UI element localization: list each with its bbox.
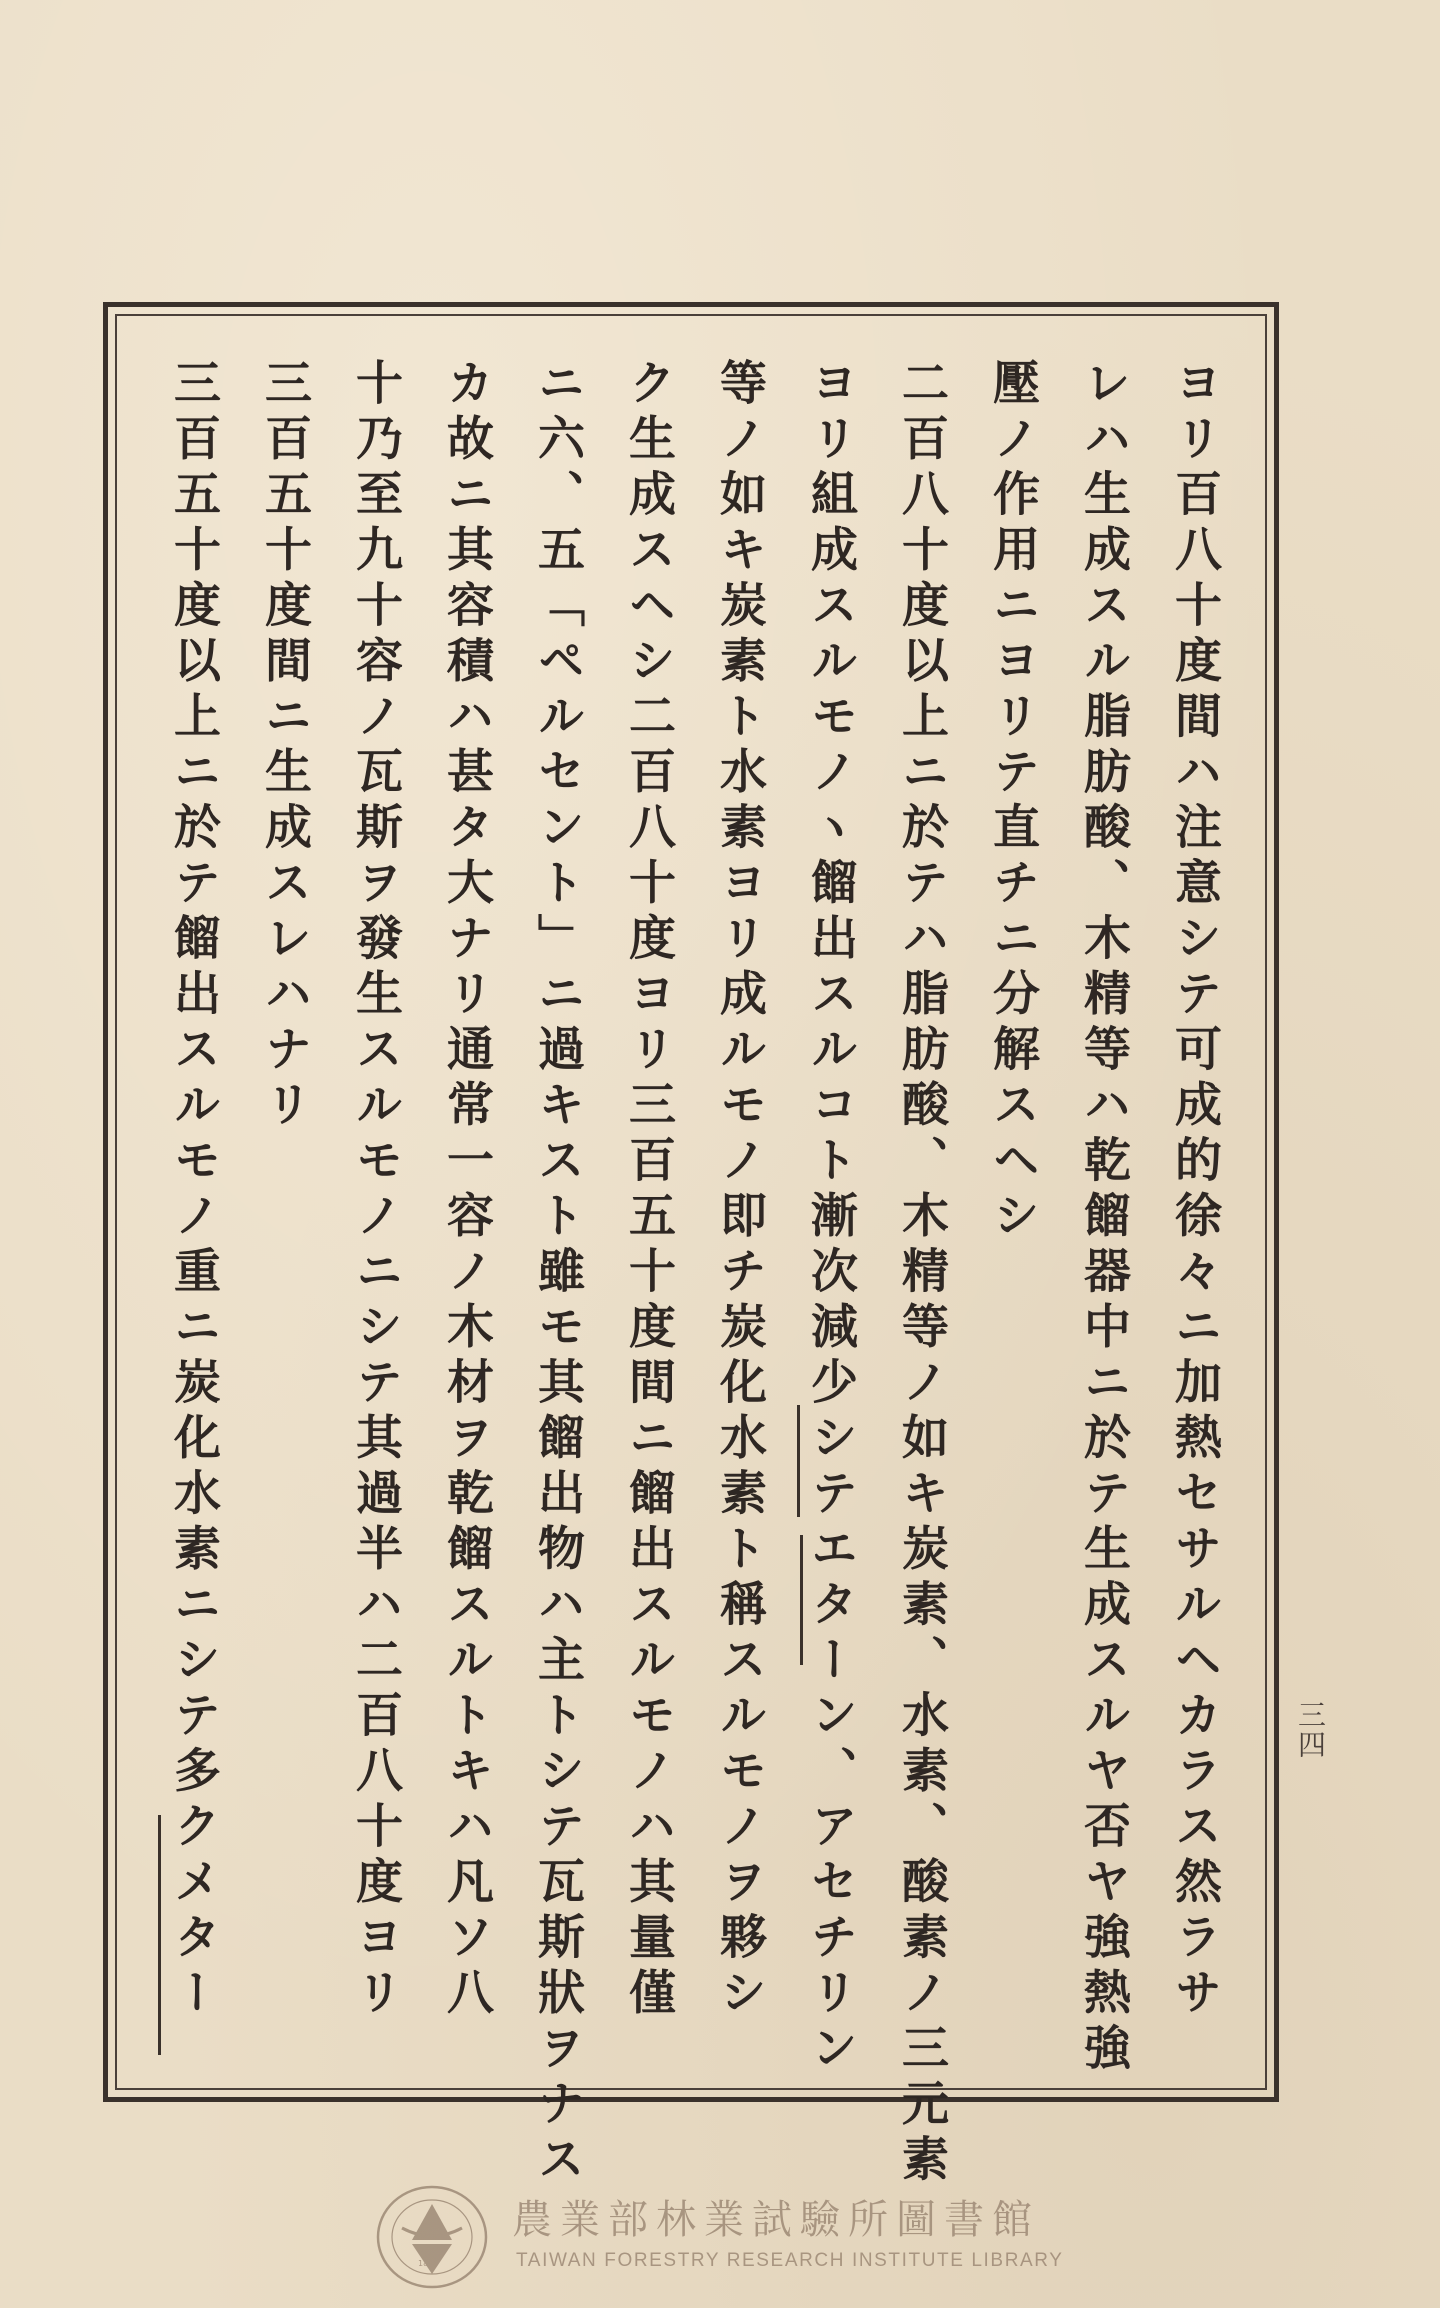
library-name-chinese: 農業部林業試驗所圖書館 <box>512 2188 1040 2245</box>
text-column-3: 壓ノ作用ニヨリテ直チニ分解スヘシ <box>967 358 1058 2058</box>
library-watermark: 1896 農業部林業試驗所圖書館 TAIWAN FORESTRY RESEARC… <box>372 2182 1092 2292</box>
text-column-8: ニ六、五「ペルセント」ニ過キスト雖モ其餾出物ハ主トシテ瓦斯狀ヲナス <box>512 358 603 2058</box>
vertical-text-body: ヨリ百八十度間ハ注意シテ可成的徐々ニ加熱セサルヘカラス然ラサ レハ生成スル脂肪酸… <box>150 358 1240 2058</box>
library-name-english: TAIWAN FORESTRY RESEARCH INSTITUTE LIBRA… <box>516 2250 1064 2272</box>
svg-text:1896: 1896 <box>418 2259 438 2268</box>
text-column-10: 十乃至九十容ノ瓦斯ヲ發生スルモノニシテ其過半ハ二百八十度ヨリ <box>330 358 421 2058</box>
document-page: ヨリ百八十度間ハ注意シテ可成的徐々ニ加熱セサルヘカラス然ラサ レハ生成スル脂肪酸… <box>0 0 1440 2308</box>
library-seal-logo-icon: 1896 <box>372 2182 492 2292</box>
text-column-1: ヨリ百八十度間ハ注意シテ可成的徐々ニ加熱セサルヘカラス然ラサ <box>1149 358 1240 2058</box>
text-column-9: カ故ニ其容積ハ甚タ大ナリ通常一容ノ木材ヲ乾餾スルトキハ凡ソ八 <box>421 358 512 2058</box>
sideline-etan <box>797 1405 800 1517</box>
text-column-2: レハ生成スル脂肪酸、木精等ハ乾餾器中ニ於テ生成スルヤ否ヤ強熱強 <box>1058 358 1149 2058</box>
text-column-4: 二百八十度以上ニ於テハ脂肪酸、木精等ノ如キ炭素、水素、酸素ノ三元素 <box>876 358 967 2058</box>
text-column-12: 三百五十度以上ニ於テ餾出スルモノ重ニ炭化水素ニシテ多クメター <box>148 358 239 2058</box>
sideline-methane <box>158 1815 161 2055</box>
text-column-11: 三百五十度間ニ生成スレハナリ <box>239 358 330 2058</box>
text-column-7: ク生成スヘシ二百八十度ヨリ三百五十度間ニ餾出スルモノハ其量僅 <box>603 358 694 2058</box>
text-column-6: 等ノ如キ炭素ト水素ヨリ成ルモノ即チ炭化水素ト稱スルモノヲ夥シ <box>694 358 785 2058</box>
sideline-acetylene <box>800 1535 803 1665</box>
text-column-5: ヨリ組成スルモノヽ餾出スルコト漸次減少シテエターン、アセチリン <box>785 358 876 2058</box>
page-number: 三四 <box>1290 1700 1330 1760</box>
